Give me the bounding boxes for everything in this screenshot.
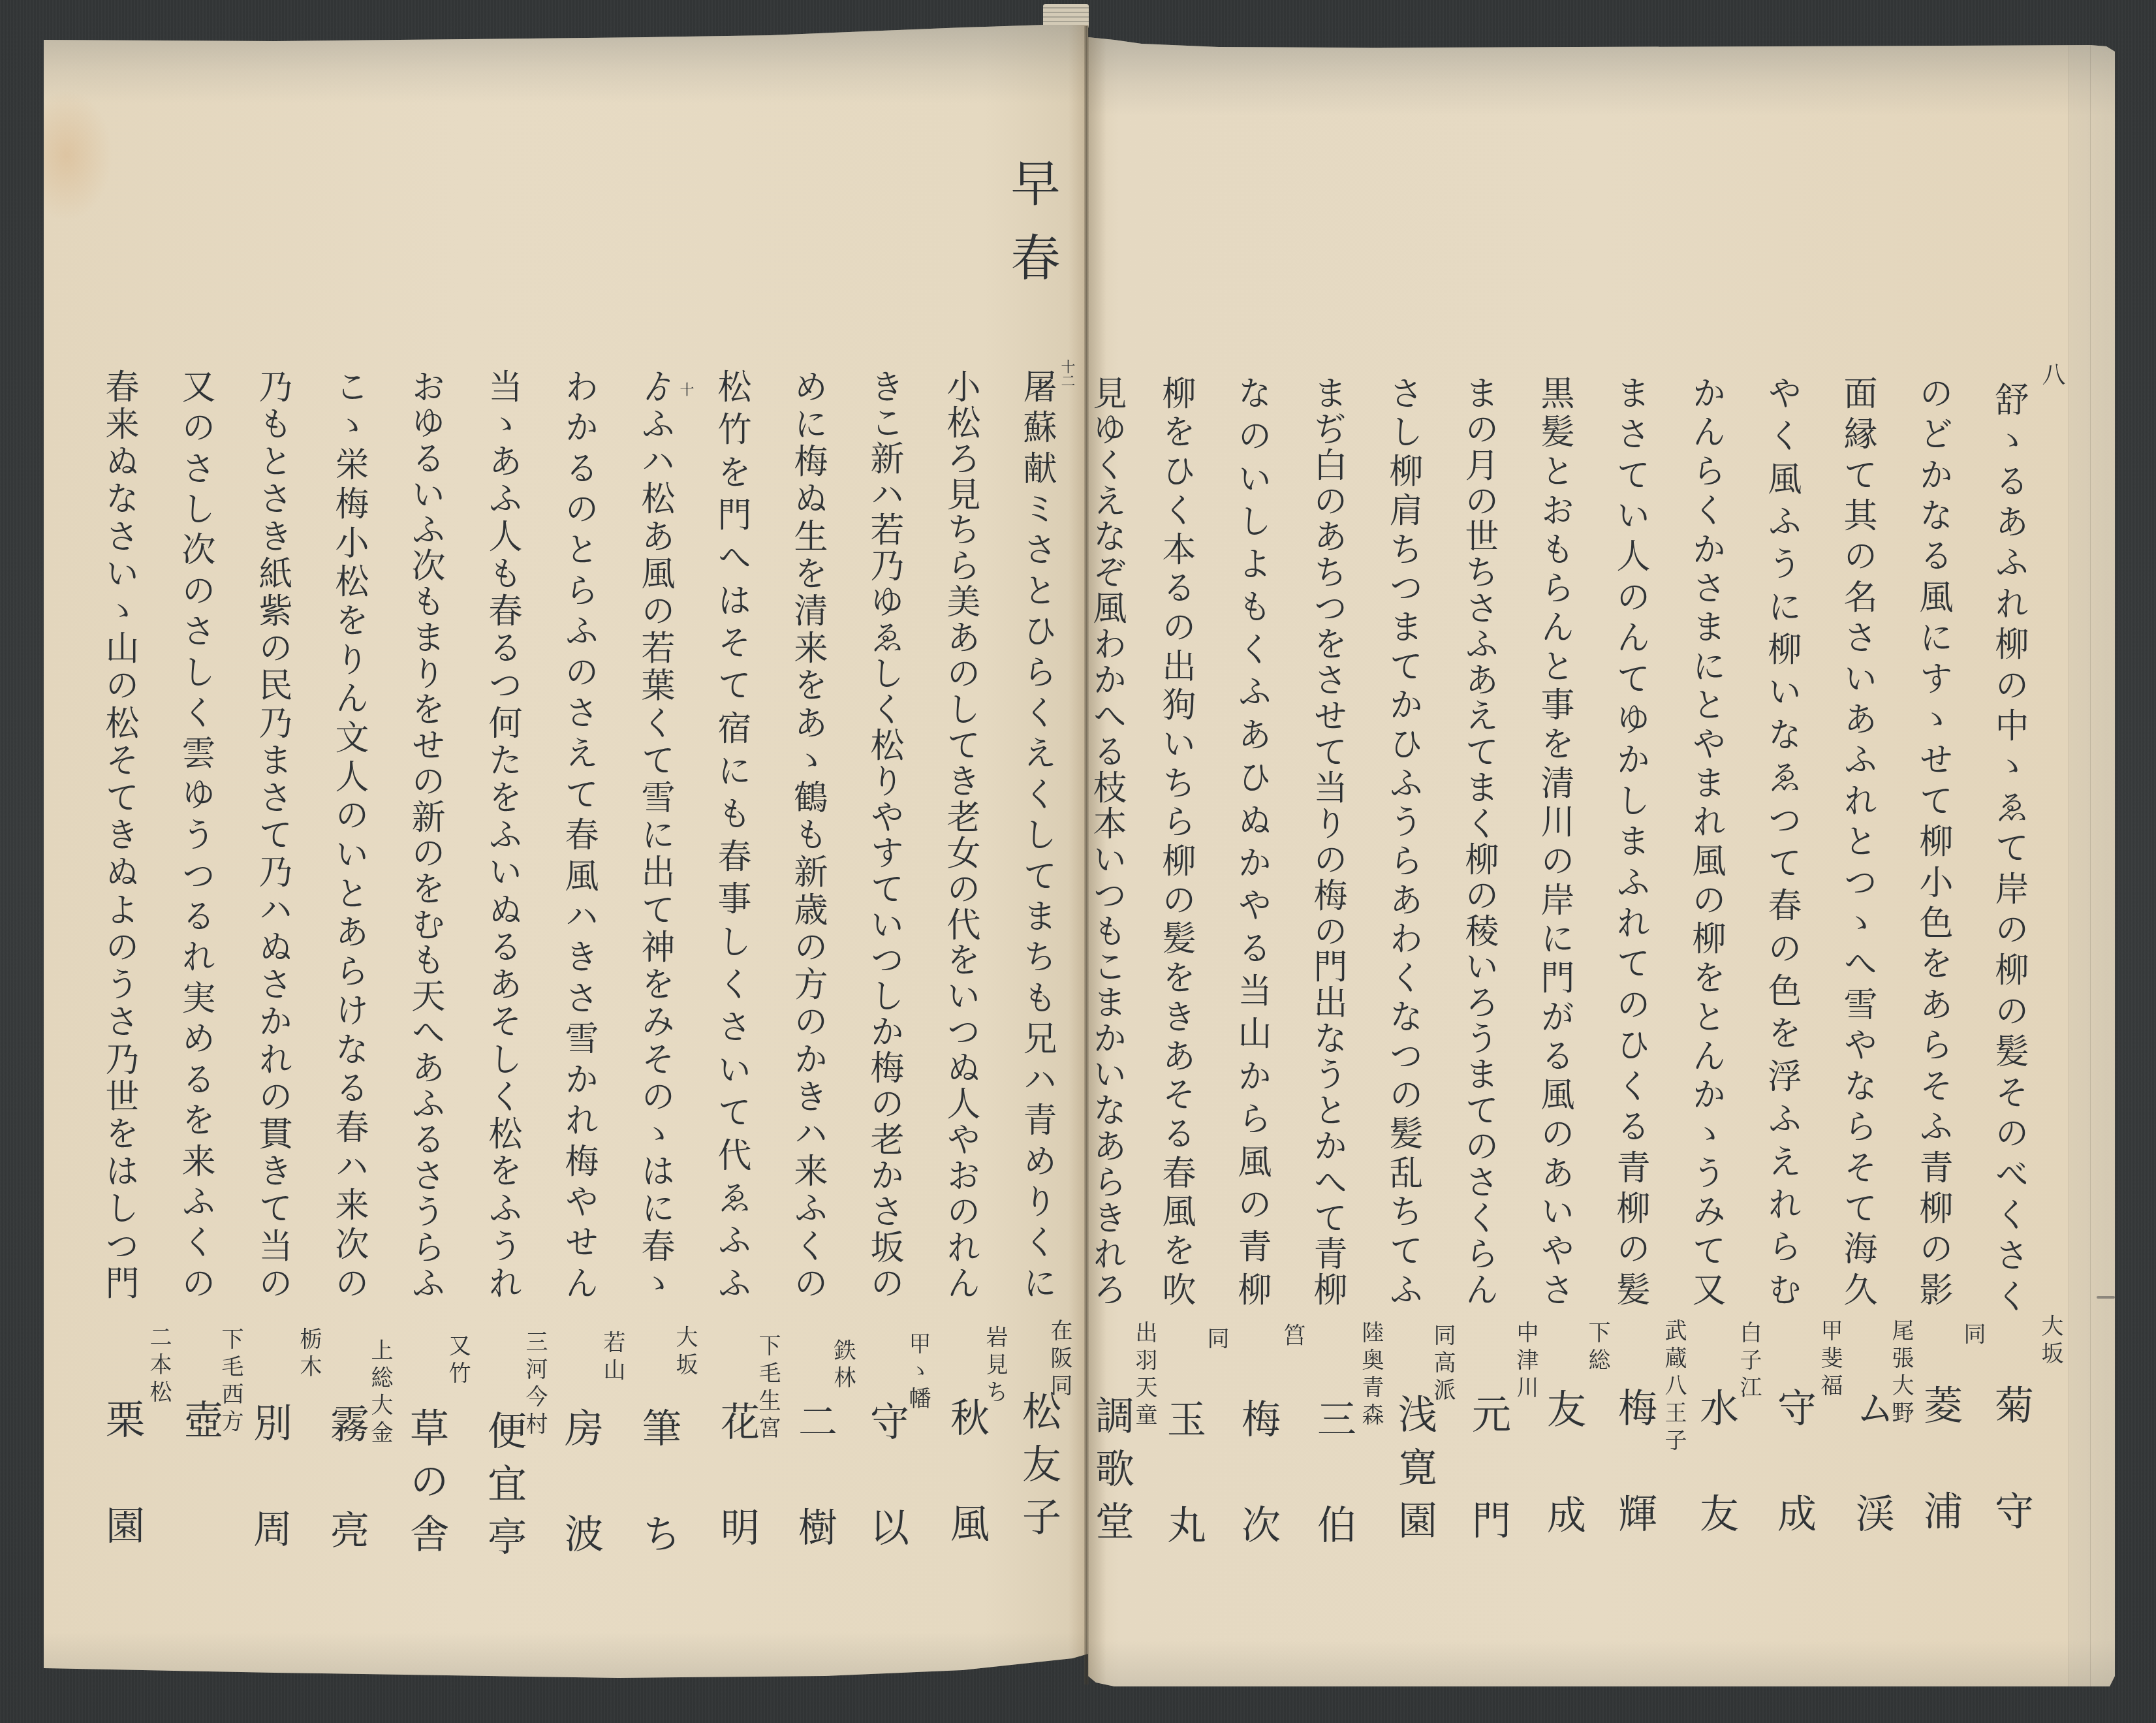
- author-name: 別周: [245, 1402, 294, 1547]
- verse-column: まぢ白のあちつをさせて当りの梅の門出なうとかへて青柳: [1302, 375, 1352, 1306]
- author-name: 梅次: [1233, 1399, 1283, 1543]
- author-name: 元門: [1463, 1394, 1513, 1539]
- author-name: 玉丸: [1159, 1399, 1208, 1543]
- verse-column: めに梅ぬ生を清来をあゝ鶴も新歳の方のかきハ来ふくの: [783, 369, 832, 1299]
- author-name: 水友: [1691, 1387, 1741, 1532]
- paper-shadow-top: [1088, 37, 2115, 116]
- verse-column: 松竹を門へはそて宿にも春事しくさいて代ゑふふ: [706, 369, 756, 1299]
- bleed-through-stroke: [2097, 1296, 2115, 1299]
- verse-column: かんらくかさまにとやまれ風の柳をとんかゝうみて又: [1681, 375, 1730, 1306]
- author-place: 又竹: [443, 1334, 472, 1389]
- author-place: 武蔵八王子: [1659, 1319, 1688, 1456]
- verse-column: 春来ぬなさいゝ山の松そてきぬよのうさ乃世をはしつ門: [94, 369, 144, 1299]
- verse-column: 舒ゝるあふれ柳の中ゝゑて岸の柳の髪そのべくさく: [1984, 382, 2033, 1312]
- author-name: 調歌堂: [1088, 1395, 1136, 1540]
- verse-column: ゟふハ松あ風の若葉くて雪に出て神をみそのゝはに春ゝ: [630, 369, 680, 1299]
- verse-column: きこ新ハ若乃ゆゑしく松りやすていつしか梅の老かさ坂の: [859, 369, 909, 1299]
- section-title: 早春: [999, 157, 1064, 281]
- page-number: 八: [2035, 362, 2068, 386]
- verse-column: まの月の世ちさふあえてまく柳の稜いろうまてのさくらん: [1454, 375, 1503, 1306]
- author-place: 鉄林: [828, 1338, 857, 1393]
- author-place: 筥: [1278, 1323, 1307, 1351]
- book-spine-edges: [1043, 4, 1089, 27]
- author-name: 友成: [1539, 1389, 1588, 1534]
- verse-column: やく風ふうに柳いなゑつて春の色を浮ふえれらむ: [1757, 375, 1806, 1306]
- paper-shadow-bottom: [1088, 1641, 2115, 1686]
- author-name: 便宜亭: [479, 1410, 529, 1555]
- author-name: 二樹: [790, 1401, 839, 1546]
- author-place: 若山: [598, 1331, 627, 1385]
- verse-column: こゝ栄梅小松をりん文人のいとあらけなる春ハ来次の: [324, 369, 373, 1299]
- author-place: 同: [1958, 1322, 1987, 1350]
- author-name: 花明: [712, 1401, 762, 1546]
- paper-shadow-bottom: [44, 1632, 1088, 1678]
- verse-column: 又のさし次のさしく雲ゆうつるれ実めるを来ふくの: [170, 369, 220, 1299]
- author-name: 筆ち: [634, 1408, 683, 1553]
- verse-column: おゆるいふ次もまりをせの新のをむも天へあふるさうらふ: [400, 369, 450, 1299]
- left-page: 早春 十二 十 屠蘇献ミさとひらくえくしてまちも兄ハ青めりくに 小松ろ見ちら美あ…: [44, 25, 1088, 1678]
- verse-column: 黒髪とおもらんと事を清川の岸に門がる風のあいやさ: [1529, 375, 1579, 1306]
- right-page: 早 八 舒ゝるあふれ柳の中ゝゑて岸の柳の髪そのべくさく のどかなる風にすゝせて柳…: [1088, 37, 2115, 1686]
- author-name: 栗園: [97, 1399, 147, 1544]
- author-place: 二本松: [144, 1325, 173, 1408]
- author-place: 大坂: [670, 1325, 699, 1380]
- author-place: 中津川: [1511, 1321, 1540, 1403]
- verse-column: なのいしよもくふあひぬかやる当山から風の青柳: [1226, 375, 1276, 1306]
- verse-column: わかるのとらふのさえて春風ハきさ雪かれ梅やせん: [554, 369, 603, 1299]
- author-name: ム渓: [1847, 1387, 1897, 1532]
- author-place: 大坂: [2036, 1314, 2065, 1369]
- author-name: 秋風: [942, 1397, 992, 1542]
- author-name: 三伯: [1309, 1399, 1358, 1543]
- bleed-through-glyph: 早: [2094, 483, 2115, 529]
- verse-column: 見ゆくえなぞ風わかへる枝本いつもこまかいなあらきれろ: [1088, 375, 1131, 1306]
- author-name: 松友子: [1014, 1391, 1063, 1536]
- verse-column: まさてい人のんてゆかしまふれてのひくる青柳の髪: [1605, 375, 1655, 1306]
- verse-column: 乃もとさき紙紫の民乃まさて乃ハぬさかれの貫きて当の: [247, 369, 297, 1299]
- author-name: 梅輝: [1610, 1387, 1659, 1532]
- author-name: 草の舎: [401, 1408, 451, 1553]
- author-place: 在阪同: [1045, 1319, 1074, 1401]
- verse-column: 当ゝあふ人も春るつ何たをふいぬるあそしく松をふうれ: [477, 369, 527, 1299]
- author-name: 菱浦: [1915, 1385, 1965, 1530]
- author-name: 守以: [862, 1401, 911, 1546]
- verse-column: 屠蘇献ミさとひらくえくしてまちも兄ハ青めりくに: [1012, 369, 1061, 1299]
- author-name: 壺: [176, 1399, 225, 1544]
- verse-column: のどかなる風にすゝせて柳小色をあらそふ青柳の影: [1908, 375, 1958, 1306]
- author-place: 甲斐福: [1815, 1319, 1844, 1401]
- author-place: 下総: [1583, 1321, 1612, 1376]
- author-name: 守成: [1769, 1387, 1819, 1532]
- author-place: 同: [1202, 1327, 1230, 1354]
- stacked-page-edges: [2069, 37, 2115, 1686]
- author-place: 陸奥青森: [1356, 1321, 1385, 1431]
- verse-column: さし柳肩ちつまてかひふうらあわくなつの髪乱ちてふ: [1378, 375, 1428, 1306]
- bleed-through-text: 早: [2094, 483, 2115, 581]
- binding-gutter: [1084, 26, 1089, 1684]
- author-name: 浅寛園: [1390, 1394, 1439, 1539]
- verse-column: 小松ろ見ちら美あのしてき老女の代をいつぬ人やおのれん: [935, 369, 985, 1299]
- verse-column: 柳をひく本るの出狗いちら柳の髪をきあそる春風を吹: [1151, 375, 1200, 1306]
- verse-column: 面縁て其の名さいあふれとつゝへ雪やならそて海久: [1832, 375, 1882, 1306]
- author-name: 霧亮: [322, 1404, 371, 1549]
- author-place: 岩見ち: [980, 1325, 1009, 1408]
- author-name: 菊守: [1986, 1385, 2036, 1530]
- author-place: 栃木: [294, 1327, 323, 1382]
- author-name: 房波: [556, 1408, 606, 1553]
